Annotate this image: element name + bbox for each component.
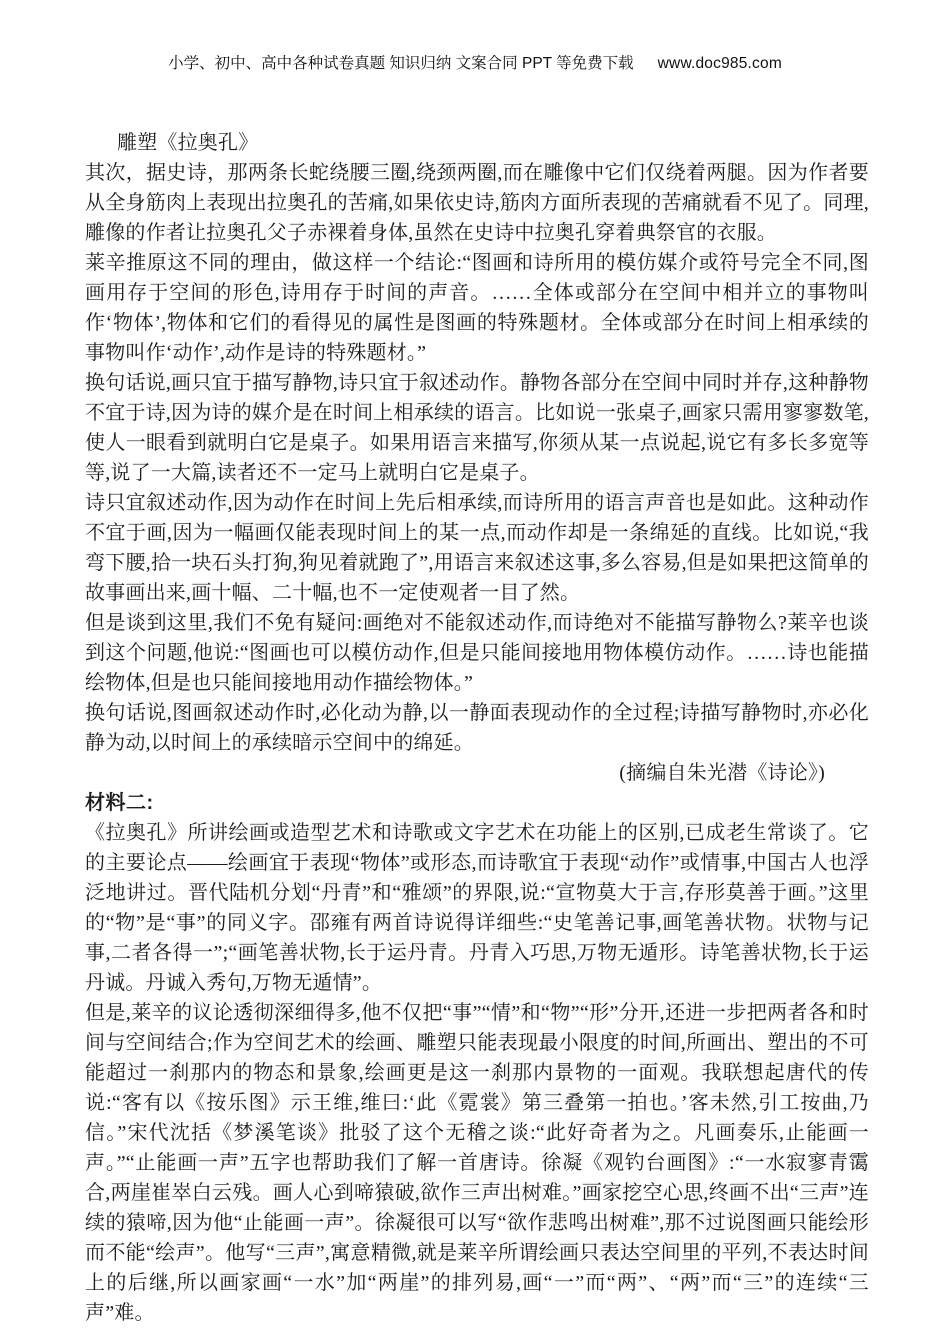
material-one-paragraph-4: 诗只宜叙述动作,因为动作在时间上先后相承续,而诗所用的语言声音也是如此。这种动作… (85, 488, 869, 608)
document-body: 雕塑《拉奥孔》 其次，据史诗，那两条长蛇绕腰三圈,绕颈两圈,而在雕像中它们仅绕着… (85, 128, 869, 1328)
material-two-paragraph-2: 但是,莱辛的议论透彻深细得多,他不仅把“事”“情”和“物”“形”分开,还进一步把… (85, 998, 869, 1328)
material-one-paragraph-6: 换句话说,图画叙述动作时,必化动为静,以一静面表现动作的全过程;诗描写静物时,亦… (85, 698, 869, 758)
page-header: 小学、初中、高中各种试卷真题 知识归纳 文案合同 PPT 等免费下载www.do… (0, 54, 950, 74)
material-one-paragraph-1: 其次，据史诗，那两条长蛇绕腰三圈,绕颈两圈,而在雕像中它们仅绕着两腿。因为作者要… (85, 158, 869, 248)
material-one-paragraph-2: 莱辛推原这不同的理由，做这样一个结论:“图画和诗所用的模仿媒介或符号完全不同,图… (85, 248, 869, 368)
material-one-paragraph-5: 但是谈到这里,我们不免有疑问:画绝对不能叙述动作,而诗绝对不能描写静物么?莱辛也… (85, 608, 869, 698)
header-site-url-link[interactable]: www.doc985.com (658, 55, 782, 72)
document-page: 小学、初中、高中各种试卷真题 知识归纳 文案合同 PPT 等免费下载www.do… (0, 0, 950, 1344)
material-one-attribution: (摘编自朱光潜《诗论》) (85, 758, 869, 788)
material-one-paragraph-3: 换句话说,画只宜于描写静物,诗只宜于叙述动作。静物各部分在空间中同时并存,这种静… (85, 368, 869, 488)
material-two-heading: 材料二: (85, 788, 869, 818)
sculpture-caption: 雕塑《拉奥孔》 (85, 128, 869, 158)
header-promo-text: 小学、初中、高中各种试卷真题 知识归纳 文案合同 PPT 等免费下载 (168, 55, 634, 72)
material-two-paragraph-1: 《拉奥孔》所讲绘画或造型艺术和诗歌或文字艺术在功能上的区别,已成老生常谈了。它的… (85, 818, 869, 998)
